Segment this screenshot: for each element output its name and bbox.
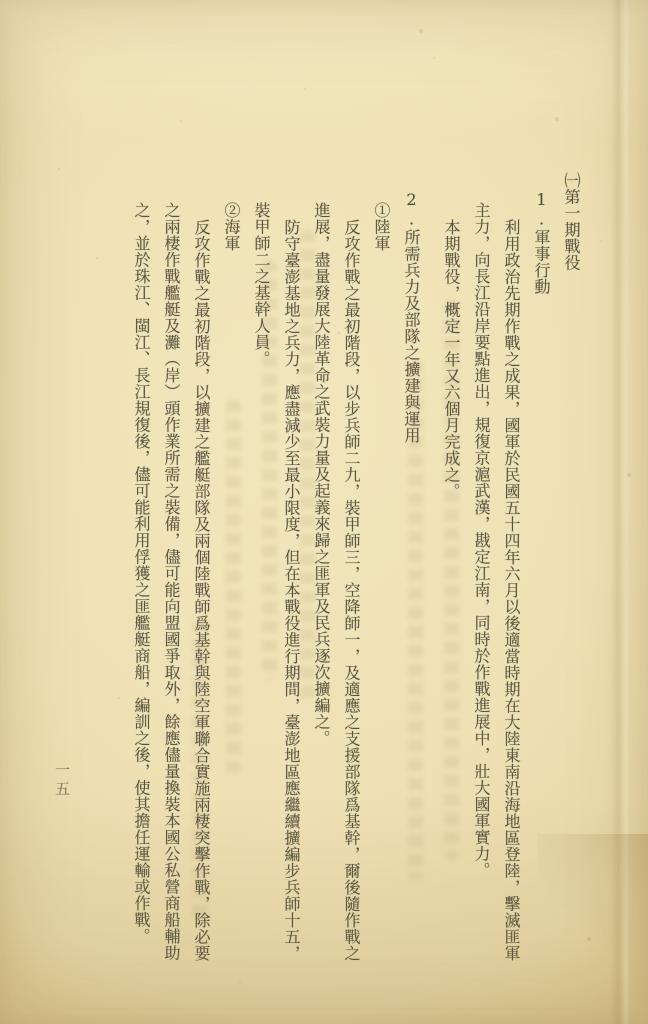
heading-force-buildup: 2.所需兵力及部隊之擴建與運用	[396, 172, 426, 964]
section-heading: ㈠第一期戰役	[556, 172, 586, 964]
document-body: ㈠第一期戰役 1.軍事行動 利用政治先期作戰之成果，國軍於民國五十四年六月以後適…	[126, 172, 586, 964]
foxing-spots	[0, 0, 2, 2]
paragraph-duration: 本期戰役，概定一年又六個月完成之。	[436, 172, 466, 964]
page-number: 一五	[52, 762, 73, 800]
subheading-army: ①陸軍	[366, 172, 396, 964]
paragraph-army-taiwan: 防守臺澎基地之兵力，應盡減少至最小限度，但在本戰役進行期間，臺澎地區應繼續擴編步…	[246, 172, 306, 964]
scanned-document-page: ㈠第一期戰役 1.軍事行動 利用政治先期作戰之成果，國軍於民國五十四年六月以後適…	[0, 0, 648, 1024]
paragraph-navy: 反攻作戰之最初階段，以擴建之艦艇部隊及兩個陸戰師爲基幹與陸空軍聯合實施兩棲突擊作…	[126, 172, 216, 964]
paper-crease	[610, 0, 630, 1024]
subheading-navy: ②海軍	[216, 172, 246, 964]
paragraph-army-initial: 反攻作戰之最初階段，以步兵師二九，裝甲師三，空降師一，及適應之支援部隊爲基幹，爾…	[306, 172, 366, 964]
heading-military-action: 1.軍事行動	[526, 172, 556, 964]
paragraph-strategy: 利用政治先期作戰之成果，國軍於民國五十四年六月以後適當時期在大陸東南沿海地區登陸…	[466, 172, 526, 964]
